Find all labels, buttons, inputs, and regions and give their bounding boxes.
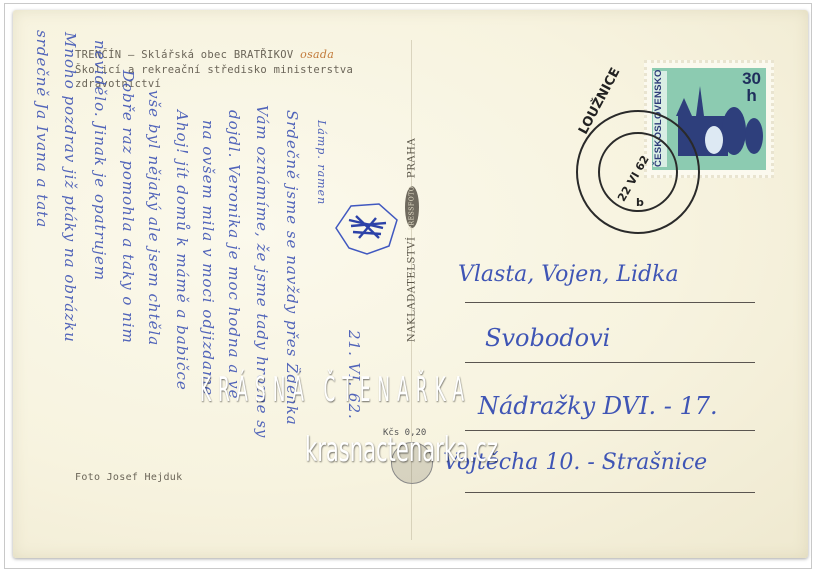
- address-rule: [465, 362, 755, 363]
- address-line-1: Vlasta, Vojen, Lidka: [458, 262, 679, 287]
- address-rule: [465, 430, 755, 431]
- caption-handwritten-add: osada: [300, 48, 334, 61]
- message-line: Ahoj! jít domů k mámě a babičce: [173, 110, 191, 540]
- message-line: Srdečně jsme se navždy přes Ždenka: [283, 110, 301, 490]
- postmark: LOUŽNICE 22 VI 62 b: [576, 110, 700, 234]
- message-line: Dobře raz pomohla a taky o nim: [119, 70, 137, 540]
- address-rule: [465, 302, 755, 303]
- postcard: TRENČÍN — Sklářská obec BRATŘIKOV osada …: [13, 10, 808, 558]
- publisher-name: NAKLADATELSTVÍ: [407, 236, 418, 342]
- message-line: dojdl. Veronika je moc hodna a ve: [225, 110, 243, 550]
- caption-line-2: Školicí a rekreační středisko ministerst…: [75, 64, 353, 76]
- publisher-city: PRAHA: [407, 138, 418, 178]
- postmark-code: b: [636, 196, 644, 209]
- watermark-url: krasnactenarka.cz: [305, 430, 498, 470]
- address-rule: [465, 492, 755, 493]
- message-line: Vám oznámíme, že jsme tady hrozne sy: [253, 105, 271, 545]
- message-line: Mnoho pozdrav již ptáky na obrázku: [61, 32, 79, 502]
- stamp-value: 30 h: [742, 70, 761, 104]
- caption-line-1: TRENČÍN — Sklářská obec BRATŘIKOV osada: [75, 48, 334, 61]
- message-line: nevidělo. Jinak je opatrujem: [91, 40, 109, 540]
- publisher-imprint: NAKLADATELSTVÍ PRESSFOTO PRAHA: [405, 138, 419, 342]
- scribble-drawing: [331, 198, 401, 258]
- address-line-2: Svobodovi: [485, 324, 610, 352]
- postmark-town: LOUŽNICE: [576, 24, 646, 137]
- pressfoto-logo-icon: PRESSFOTO: [405, 186, 419, 228]
- message-line: vše byl nějaký ale jsem chtěla: [145, 90, 163, 540]
- corner-note: Lámp. ramen: [315, 120, 328, 205]
- watermark-title: KRÁSNÁ ČTENAŘKA: [200, 370, 620, 410]
- message-line: srdečně Ja Ivana a tata: [33, 30, 51, 450]
- message-line: na ovšem mila v moci odjizdame: [199, 120, 217, 550]
